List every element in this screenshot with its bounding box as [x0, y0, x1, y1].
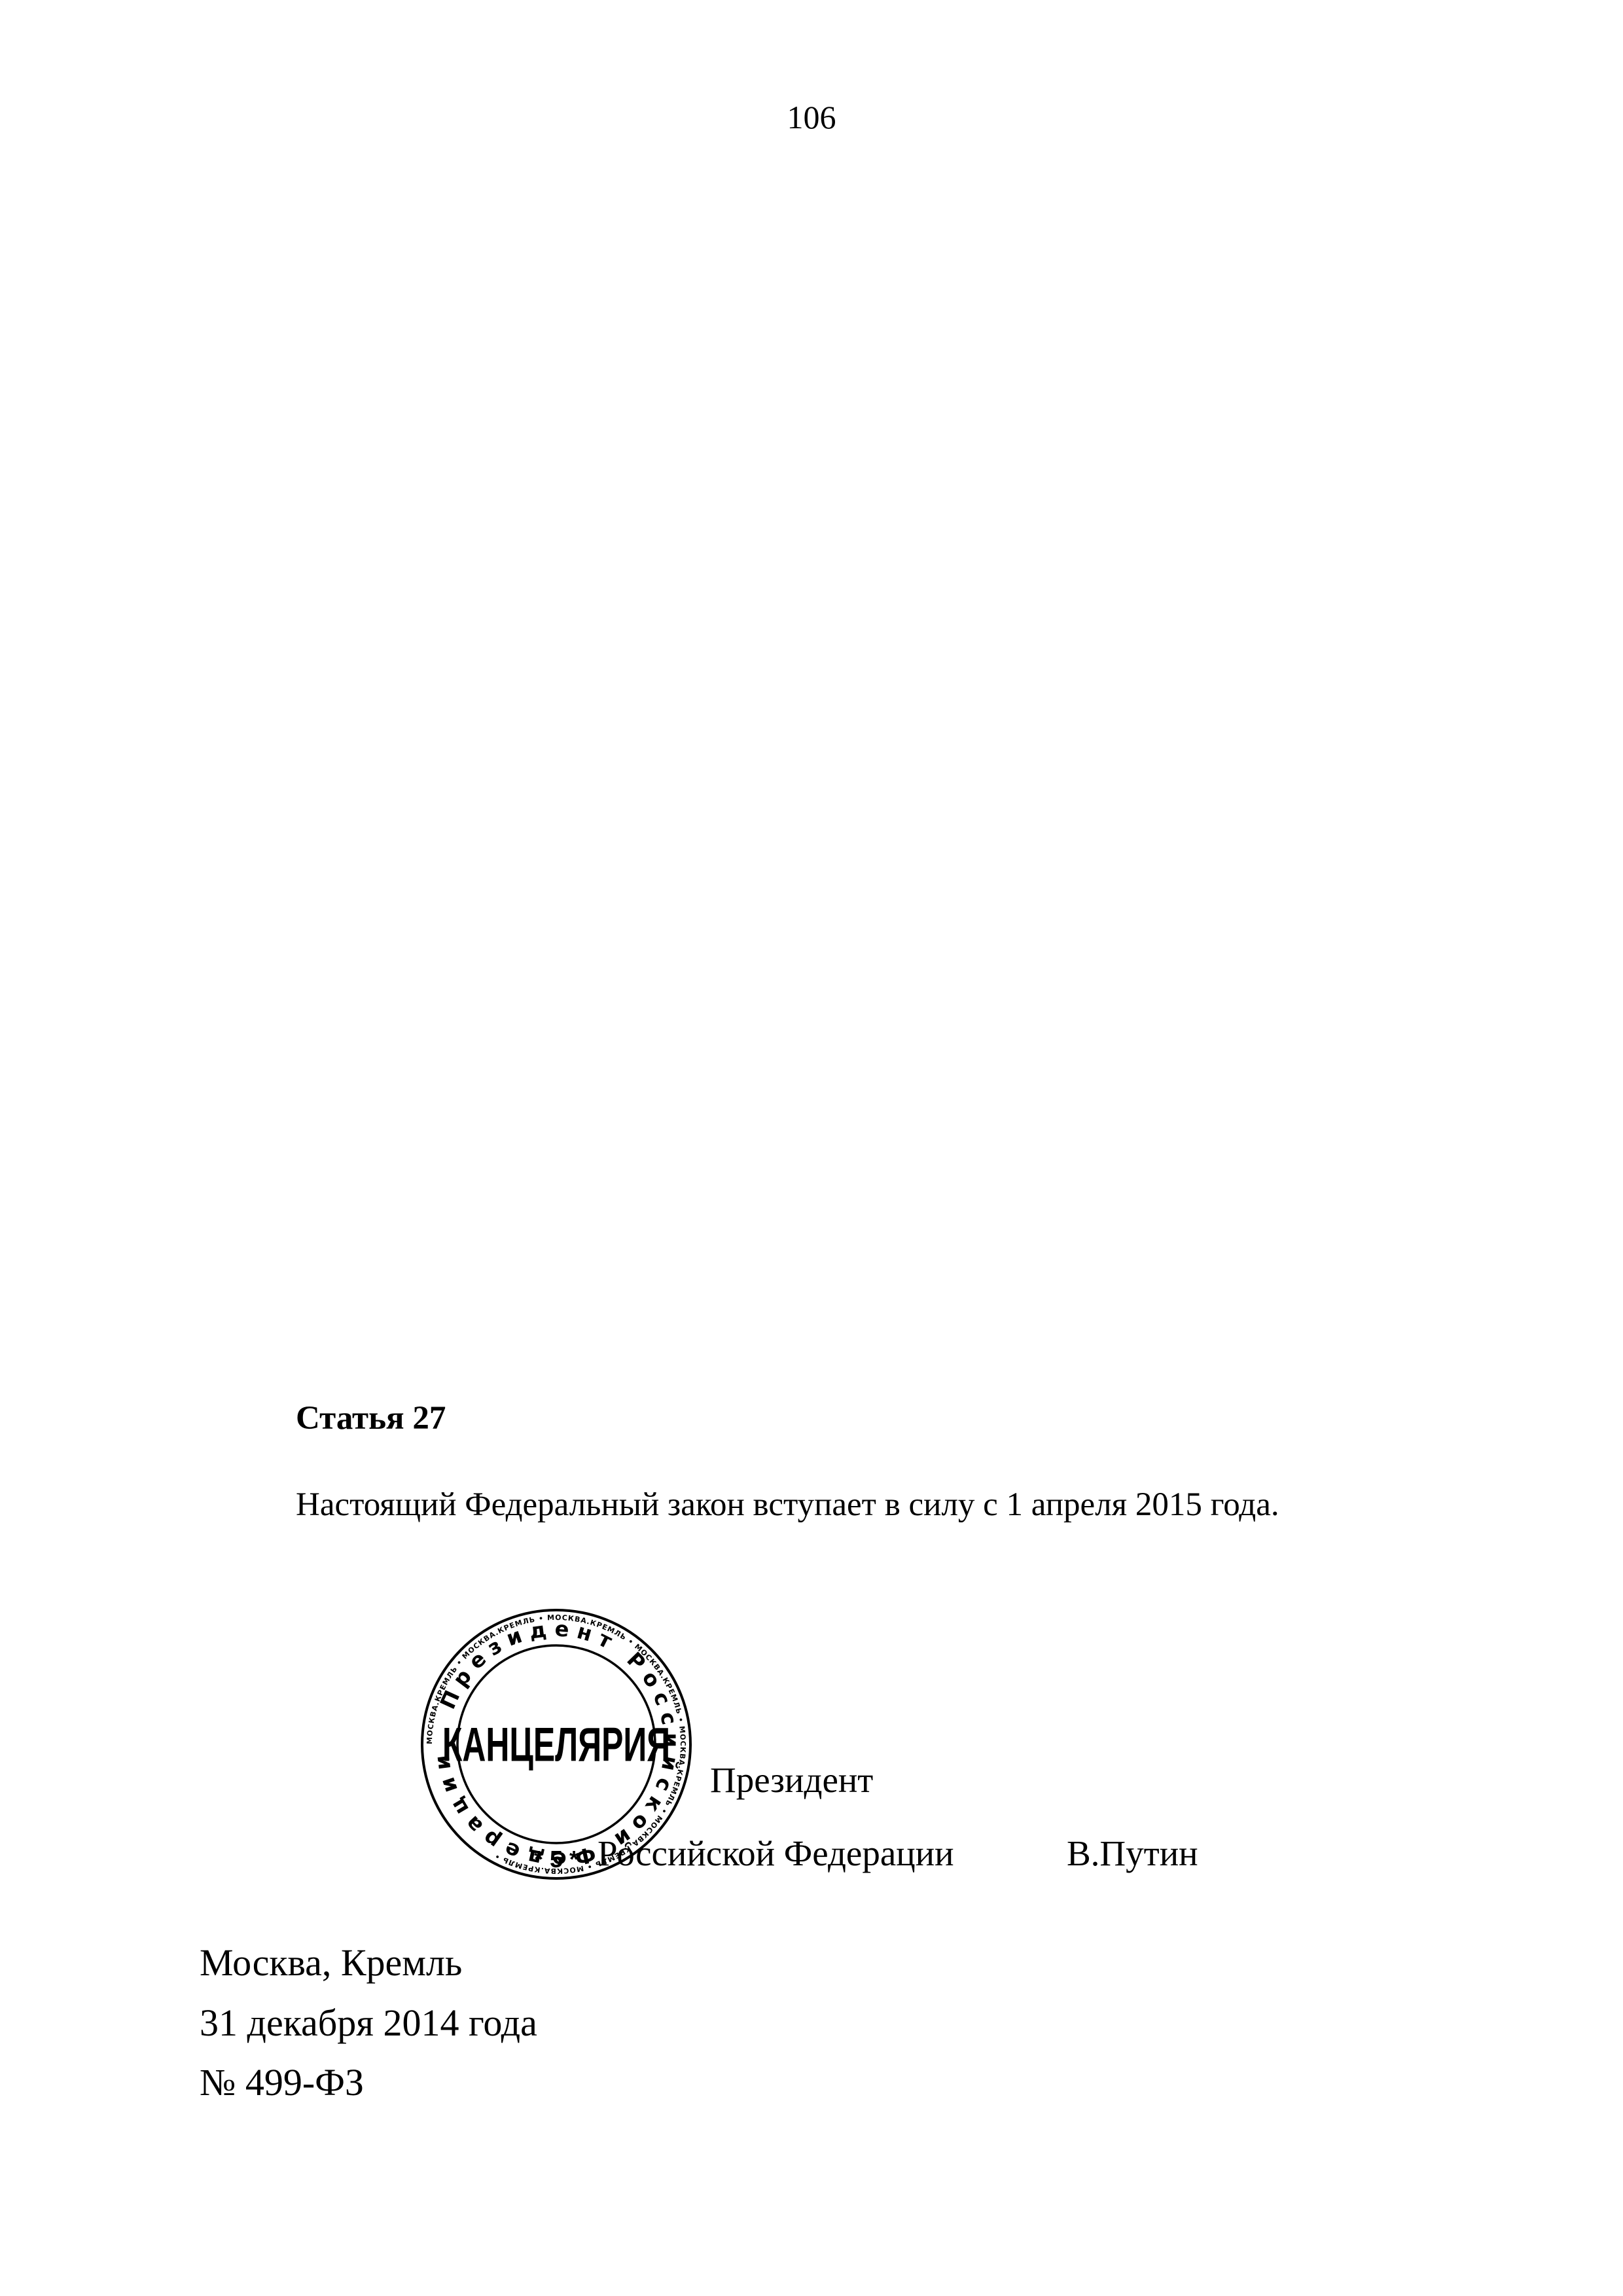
article-heading: Статья 27 — [296, 1399, 446, 1437]
law-number: № 499-ФЗ — [200, 2060, 364, 2104]
signer-title-line-2: Российской Федерации — [597, 1833, 954, 1874]
page-number: 106 — [0, 98, 1623, 136]
signing-date: 31 декабря 2014 года — [200, 2001, 537, 2045]
article-body: Настоящий Федеральный закон вступает в с… — [296, 1486, 1279, 1524]
signer-name: В.Путин — [1067, 1833, 1198, 1874]
signer-title-line-1: Президент — [710, 1759, 873, 1801]
seal-bottom-text: * 5 * — [534, 1846, 579, 1873]
seal-center-text: КАНЦЕЛЯРИЯ — [442, 1718, 670, 1772]
signing-place: Москва, Кремль — [200, 1941, 462, 1984]
